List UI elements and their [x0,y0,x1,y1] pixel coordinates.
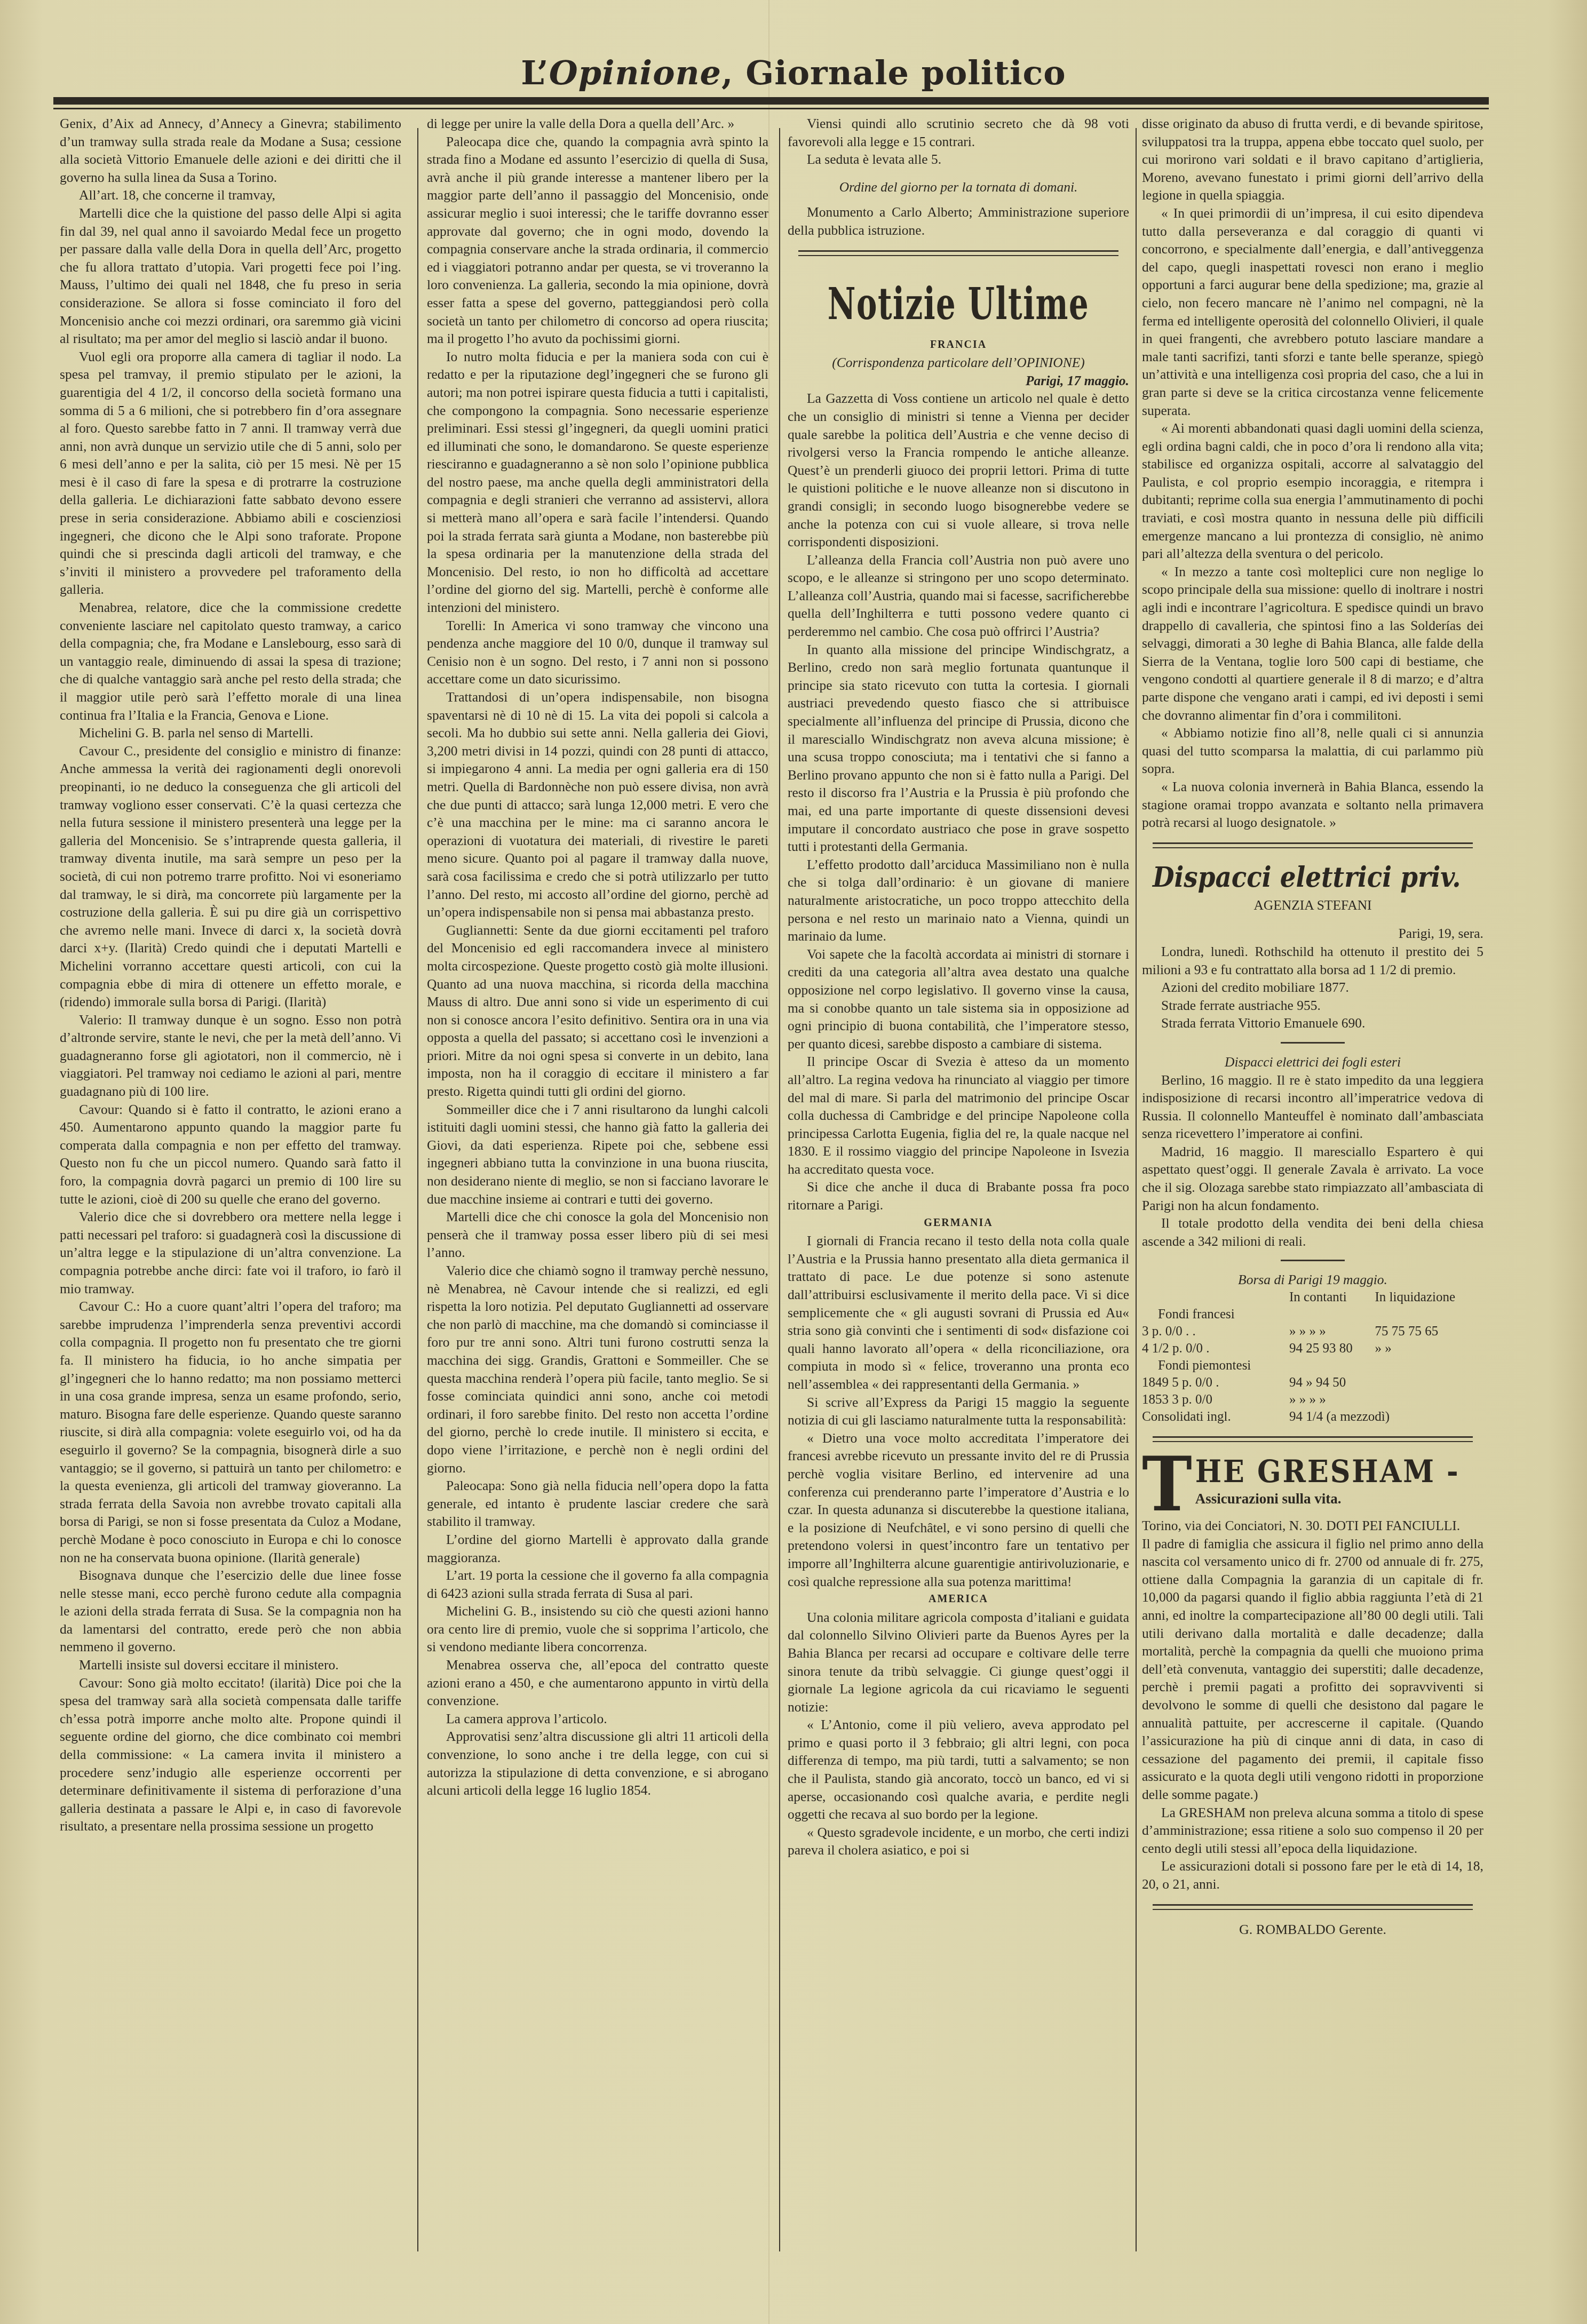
paragraph: All’art. 18, che concerne il tramvay, [60,186,401,204]
paragraph: Vuol egli ora proporre alla camera di ta… [60,348,401,599]
column-3: Viensi quindi allo scrutinio secreto che… [788,115,1129,1859]
borsa-table: In contanti In liquidazione Fondi france… [1142,1289,1483,1426]
section-heading-germania: GERMANIA [788,1214,1129,1232]
agenda-title: Ordine del giorno per la tornata di doma… [788,178,1129,196]
paragraph: Menabrea, relatore, dice che la commissi… [60,599,401,724]
masthead-rule-thin [53,108,1489,109]
table-row: Fondi piemontesi [1142,1357,1483,1374]
paragraph: Michelini G. B. parla nel senso di Marte… [60,724,401,742]
paragraph: Paleocapa: Sono già nella fiducia nell’o… [427,1477,768,1531]
column-1: Genix, d’Aix ad Annecy, d’Annecy a Ginev… [60,115,401,1835]
column-4: disse originato da abuso di frutta verdi… [1142,115,1483,1938]
paragraph: « Dietro una voce molto accreditata l’im… [788,1429,1129,1590]
dispacci-heading: Dispacci elettrici priv. [1153,859,1483,896]
paragraph: Paleocapa dice che, quando la compagnia … [427,133,768,348]
paragraph: « In quei primordii di un’impresa, il cu… [1142,204,1483,419]
table-row: 1853 3 p. 0/0» » » » [1142,1391,1483,1408]
table-header-row: In contanti In liquidazione [1142,1289,1483,1306]
paragraph: « L’Antonio, come il più veliero, aveva … [788,1716,1129,1824]
paragraph: Approvatisi senz’altra discussione gli a… [427,1728,768,1799]
short-separator [1281,1042,1345,1044]
paragraph: Martelli dice che la quistione del passo… [60,204,401,348]
paragraph: Michelini G. B., insistendo su ciò che q… [427,1602,768,1656]
short-separator [1281,1260,1345,1261]
paragraph: Voi sapete che la facoltà accordata ai m… [788,945,1129,1053]
paragraph: « Ai morenti abbandonati quasi dagli uom… [1142,419,1483,563]
paragraph: Martelli insiste sul doversi eccitare il… [60,1656,401,1674]
paragraph: La seduta è levata alle 5. [788,150,1129,169]
paragraph: « La nuova colonia invernerà in Bahia Bl… [1142,778,1483,832]
quote-line: Azioni del credito mobiliare 1877. [1142,978,1483,997]
paragraph: La Gazzetta di Voss contiene un articolo… [788,389,1129,551]
gresham-title: HE GRESHAM - [1195,1453,1460,1490]
fold-line [768,0,769,2324]
paragraph: Si dice che anche il duca di Brabante po… [788,1178,1129,1214]
paragraph: Il totale prodotto della vendita dei ben… [1142,1214,1483,1250]
section-heading-francia: FRANCIA [788,336,1129,354]
masthead-name: Opinione [549,53,721,92]
signature: G. ROMBALDO Gerente. [1142,1921,1483,1939]
section-heading-america: AMERICA [788,1590,1129,1609]
column-2: di legge per unire la valle della Dora a… [427,115,768,1800]
paragraph: La GRESHAM non preleva alcuna somma a ti… [1142,1804,1483,1858]
paragraph: Cavour: Quando si è fatto il contratto, … [60,1101,401,1208]
paragraph: Viensi quindi allo scrutinio secreto che… [788,115,1129,150]
masthead-rule [53,97,1489,105]
paragraph: Cavour C., presidente del consiglio e mi… [60,742,401,1011]
paragraph: disse originato da abuso di frutta verdi… [1142,115,1483,204]
table-row: 1849 5 p. 0/0 .94 » 94 50 [1142,1374,1483,1391]
table-row: Fondi francesi [1142,1306,1483,1323]
gresham-advert-header: T HE GRESHAM - Assicurazioni sulla vita. [1142,1453,1483,1517]
drop-cap: T [1142,1453,1192,1517]
paragraph: Una colonia militare agricola composta d… [788,1609,1129,1716]
paragraph: Menabrea osserva che, all’epoca del cont… [427,1656,768,1710]
paragraph: Si scrive all’Express da Parigi 15 maggi… [788,1394,1129,1429]
paragraph: Il padre di famiglia che assicura il fig… [1142,1535,1483,1804]
notizie-ultime-heading: Notizie Ultime [825,277,1091,331]
paragraph: Trattandosi di un’opera indispensabile, … [427,688,768,921]
paragraph: « In mezzo a tante così molteplici cure … [1142,563,1483,724]
paragraph: I giornali di Francia recano il testo de… [788,1232,1129,1393]
paragraph: Cavour: Sono già molto eccitato! (ilarit… [60,1674,401,1835]
gresham-address: Torino, via dei Conciatori, N. 30. DOTI … [1142,1517,1483,1535]
dateline: Parigi, 19, sera. [1142,925,1483,943]
paragraph: Valerio dice che si dovrebbero ora mette… [60,1208,401,1298]
paragraph: Bisognava dunque che l’esercizio delle d… [60,1566,401,1656]
paragraph: Madrid, 16 maggio. Il maresciallo Espart… [1142,1143,1483,1214]
section-separator [798,250,1118,256]
borsa-heading: Borsa di Parigi 19 maggio. [1142,1271,1483,1289]
quote-line: Strada ferrata Vittorio Emanuele 690. [1142,1014,1483,1032]
paragraph: Le assicurazioni dotali si possono fare … [1142,1857,1483,1893]
correspondence-label: (Corrispondenza particolare dell’OPINION… [788,354,1129,372]
table-row: Consolidati ingl.94 1/4 (a mezzodì) [1142,1408,1483,1426]
paragraph: Cavour C.: Ho a cuore quant’altri l’oper… [60,1298,401,1566]
paragraph: Torelli: In America vi sono tramway che … [427,617,768,688]
gresham-subtitle: Assicurazioni sulla vita. [1195,1491,1342,1507]
paragraph: Berlino, 16 maggio. Il re è stato impedi… [1142,1071,1483,1143]
paragraph: La camera approva l’articolo. [427,1710,768,1728]
paragraph: « Abbiamo notizie fino all’8, nelle qual… [1142,724,1483,778]
paragraph: L’art. 19 porta la cessione che il gover… [427,1566,768,1602]
column-divider [779,128,780,2251]
table-row: 4 1/2 p. 0/0 .94 25 93 80» » [1142,1340,1483,1357]
quote-line: Strade ferrate austriache 955. [1142,997,1483,1015]
paragraph: Sommeiller dice che i 7 anni risultarono… [427,1101,768,1208]
table-row: 3 p. 0/0 . .» » » »75 75 75 65 [1142,1323,1483,1340]
paragraph: Io nutro molta fiducia e per la maniera … [427,348,768,617]
paragraph: Il principe Oscar di Svezia è atteso da … [788,1053,1129,1178]
dateline: Parigi, 17 maggio. [788,372,1129,390]
paragraph: Martelli dice che chi conosce la gola de… [427,1208,768,1262]
paragraph: L’alleanza della Francia coll’Austria no… [788,551,1129,641]
esteri-heading: Dispacci elettrici dei fogli esteri [1142,1053,1483,1071]
paragraph: Genix, d’Aix ad Annecy, d’Annecy a Ginev… [60,115,401,186]
paragraph: Valerio dice che chiamò sogno il tramway… [427,1262,768,1477]
column-divider [417,128,418,2251]
agency-label: AGENZIA STEFANI [1142,896,1483,914]
section-separator [1153,842,1473,848]
column-divider [1136,128,1137,2251]
section-separator [1153,1436,1473,1442]
paragraph: In quanto alla missione del principe Win… [788,641,1129,856]
paragraph: Monumento a Carlo Alberto; Amministrazio… [788,203,1129,239]
paragraph: « Questo sgradevole incidente, e un morb… [788,1824,1129,1859]
paragraph: Londra, lunedì. Rothschild ha ottenuto i… [1142,943,1483,978]
paragraph: L’ordine del giorno Martelli è approvato… [427,1531,768,1566]
masthead: L’Opinione, Giornale politico [0,53,1587,92]
paragraph: Valerio: Il tramway dunque è un sogno. E… [60,1011,401,1101]
paragraph: L’effetto prodotto dall’arciduca Massimi… [788,856,1129,945]
paragraph: di legge per unire la valle della Dora a… [427,115,768,133]
paragraph: Gugliannetti: Sente da due giorni eccita… [427,921,768,1101]
section-separator [1153,1904,1473,1910]
